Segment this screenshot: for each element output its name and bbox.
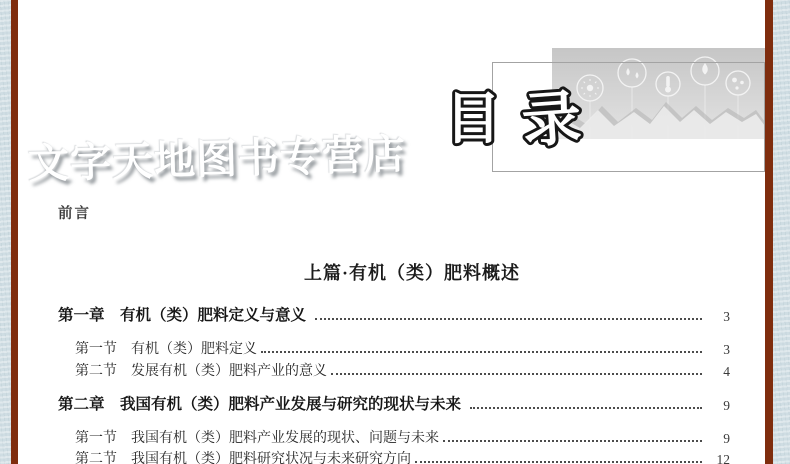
dot-leader — [315, 318, 702, 320]
toc-entry-label: 第二节 发展有机（类）肥料产业的意义 — [75, 360, 327, 380]
toc-entry-chapter-2: 第二章 我国有机（类）肥料产业发展与研究的现状与未来 9 — [58, 392, 730, 414]
toc-page-number: 3 — [708, 342, 730, 358]
dot-leader — [331, 373, 702, 375]
dot-leader — [261, 351, 702, 353]
book-toc-page: 文字天地图书专营店 — [0, 0, 790, 464]
toc-entry-label: 第二章 我国有机（类）肥料产业发展与研究的现状与未来 — [58, 392, 461, 414]
toc-page-number: 9 — [708, 431, 730, 447]
toc-list: 第一章 有机（类）肥料定义与意义 3 第一节 有机（类）肥料定义 3 第二节 发… — [58, 0, 730, 464]
toc-page-number: 12 — [708, 452, 730, 464]
toc-entry-label: 第一节 有机（类）肥料定义 — [75, 338, 257, 358]
toc-entry-section-2-1: 第一节 我国有机（类）肥料产业发展的现状、问题与未来 9 — [58, 427, 730, 447]
left-blue-strip — [0, 0, 11, 464]
dot-leader — [470, 407, 702, 409]
toc-page-number: 4 — [708, 364, 730, 380]
right-blue-strip — [773, 0, 790, 464]
toc-entry-label: 第二节 我国有机（类）肥料研究状况与未来研究方向 — [75, 448, 411, 464]
toc-entry-section-1-1: 第一节 有机（类）肥料定义 3 — [58, 338, 730, 358]
left-red-bar — [11, 0, 18, 464]
toc-page-number: 9 — [708, 398, 730, 414]
toc-entry-label: 第一节 我国有机（类）肥料产业发展的现状、问题与未来 — [75, 427, 439, 447]
toc-page-number: 3 — [708, 309, 730, 325]
right-red-bar — [765, 0, 773, 464]
dot-leader — [443, 440, 702, 442]
toc-entry-chapter-1: 第一章 有机（类）肥料定义与意义 3 — [58, 303, 730, 325]
toc-entry-section-2-2: 第二节 我国有机（类）肥料研究状况与未来研究方向 12 — [58, 448, 730, 464]
toc-entry-section-1-2: 第二节 发展有机（类）肥料产业的意义 4 — [58, 360, 730, 380]
dot-leader — [415, 461, 702, 463]
toc-entry-label: 第一章 有机（类）肥料定义与意义 — [58, 303, 306, 325]
